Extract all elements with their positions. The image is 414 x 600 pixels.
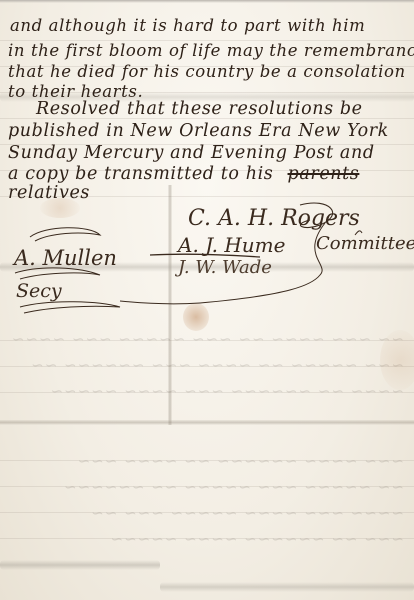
bleed-through-text: ~~~ ~~~~ ~~~~~~ ~~ ~~~~ ~~~ (10, 452, 404, 470)
body-line: that he died for his country be a consol… (8, 62, 406, 81)
resolution-text: a copy be transmitted to his (8, 164, 273, 184)
resolution-line: relatives (8, 183, 90, 203)
bleed-through-text: ~~~ ~~ ~~~~~~ ~~~~ ~~~~~ (10, 530, 404, 548)
crease (0, 560, 160, 570)
signature-secretary: A. Mullen (14, 246, 117, 270)
bleed-through-text: ~~~~ ~~~ ~~~~ ~~~~~ ~~~ ~~ (10, 504, 404, 522)
letter-page: ~~ ~~~ ~~~~ ~~ ~~~ ~~~~~ ~~~ ~~~~ ~~~ ~~… (0, 0, 414, 600)
bleed-through-text: ~~ ~~~ ~~~~ ~~ ~~~ ~~~~~ ~~~ ~~~~ (10, 330, 404, 348)
signature-committee-3: J. W. Wade (178, 257, 272, 278)
signature-committee-2: A. J. Hume (178, 233, 285, 257)
body-line: in the first bloom of life may the remem… (8, 41, 414, 60)
struck-word: parents (288, 164, 360, 184)
resolution-line: a copy be transmitted to his parents (8, 164, 359, 184)
committee-label: Committee (316, 233, 414, 254)
bleed-through-text: ~~ ~~~~~ ~~~ ~~~~~ ~~ ~~~~~~ (10, 478, 404, 496)
bleed-through-text: ~~~ ~~~~~ ~~ ~~~~ ~~~ ~~~~~~ ~~ (10, 356, 404, 374)
secretary-title: Secy (16, 280, 62, 302)
resolution-text: published in New Orleans Era New York (8, 121, 389, 141)
resolution-line: Resolved that these resolutions be (36, 99, 363, 119)
crease (160, 582, 414, 592)
signature-committee-1: C. A. H. Rogers (188, 206, 360, 231)
scan-edge (0, 0, 414, 3)
horizontal-fold (0, 420, 414, 425)
body-line: and although it is hard to part with him (10, 16, 365, 35)
vertical-fold (168, 185, 172, 425)
resolution-line: Sunday Mercury and Evening Post and (8, 143, 375, 163)
bleed-through-text: ~~~~ ~~ ~~~~~~ ~~~ ~~~~ ~~~~~ (10, 382, 404, 400)
resolution-line: published in New Orleans Era New York (8, 121, 389, 141)
stain (380, 330, 414, 390)
stain (183, 303, 209, 331)
